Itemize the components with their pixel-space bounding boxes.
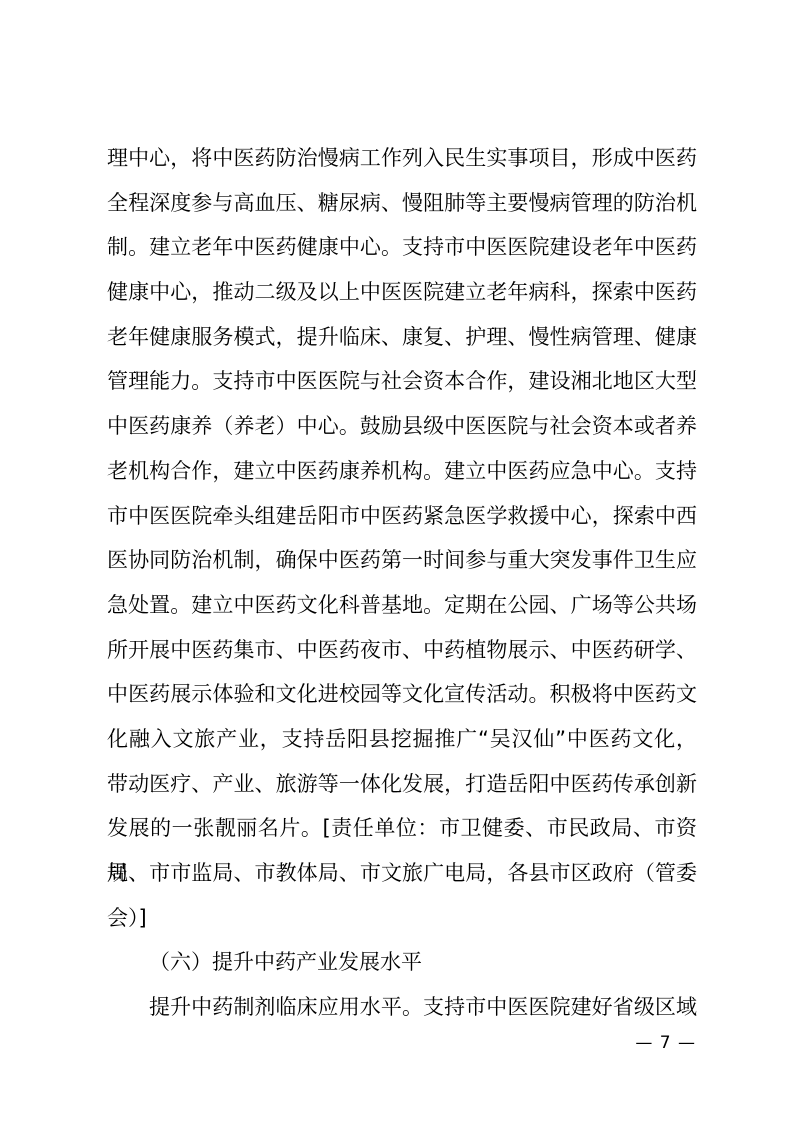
body-line: 健康中心，推动二级及以上中医医院建立老年病科，探索中医药 [107, 270, 697, 315]
section-heading: （六）提升中药产业发展水平 [149, 940, 697, 985]
body-line: 老年健康服务模式，提升临床、康复、护理、慢性病管理、健康 [107, 315, 697, 360]
body-line: 全程深度参与高血压、糖尿病、慢阻肺等主要慢病管理的防治机 [107, 181, 697, 226]
body-line: 带动医疗、产业、旅游等一体化发展，打造岳阳中医药传承创新 [107, 762, 697, 807]
body-line: 医协同防治机制，确保中医药第一时间参与重大突发事件卫生应 [107, 538, 697, 583]
body-line: 管理能力。支持市中医医院与社会资本合作，建设湘北地区大型 [107, 359, 697, 404]
body-line: 局、市市监局、市教体局、市文旅广电局，各县市区政府（管委 [107, 851, 697, 896]
body-line: 制。建立老年中医药健康中心。支持市中医医院建设老年中医药 [107, 225, 697, 270]
body-line: 所开展中医药集市、中医药夜市、中药植物展示、中医药研学、 [107, 628, 697, 673]
body-line: 发展的一张靓丽名片。[责任单位：市卫健委、市民政局、市资规 [107, 806, 697, 851]
body-line: 市中医医院牵头组建岳阳市中医药紧急医学救援中心，探索中西 [107, 494, 697, 539]
body-line-end: 会）] [107, 896, 697, 941]
body-line: 急处置。建立中医药文化科普基地。定期在公园、广场等公共场 [107, 583, 697, 628]
page-number: — 7 — [635, 1032, 696, 1054]
body-line: 理中心，将中医药防治慢病工作列入民生实事项目，形成中医药 [107, 136, 697, 181]
body-text: 理中心，将中医药防治慢病工作列入民生实事项目，形成中医药 全程深度参与高血压、糖… [107, 136, 697, 1030]
document-page: 理中心，将中医药防治慢病工作列入民生实事项目，形成中医药 全程深度参与高血压、糖… [0, 0, 793, 1122]
body-line: 老机构合作，建立中医药康养机构。建立中医药应急中心。支持 [107, 449, 697, 494]
body-line: 化融入文旅产业，支持岳阳县挖掘推广“吴汉仙”中医药文化， [107, 717, 697, 762]
body-line: 中医药展示体验和文化进校园等文化宣传活动。积极将中医药文 [107, 672, 697, 717]
paragraph-first-line: 提升中药制剂临床应用水平。支持市中医医院建好省级区域 [149, 985, 697, 1030]
body-line: 中医药康养（养老）中心。鼓励县级中医医院与社会资本或者养 [107, 404, 697, 449]
